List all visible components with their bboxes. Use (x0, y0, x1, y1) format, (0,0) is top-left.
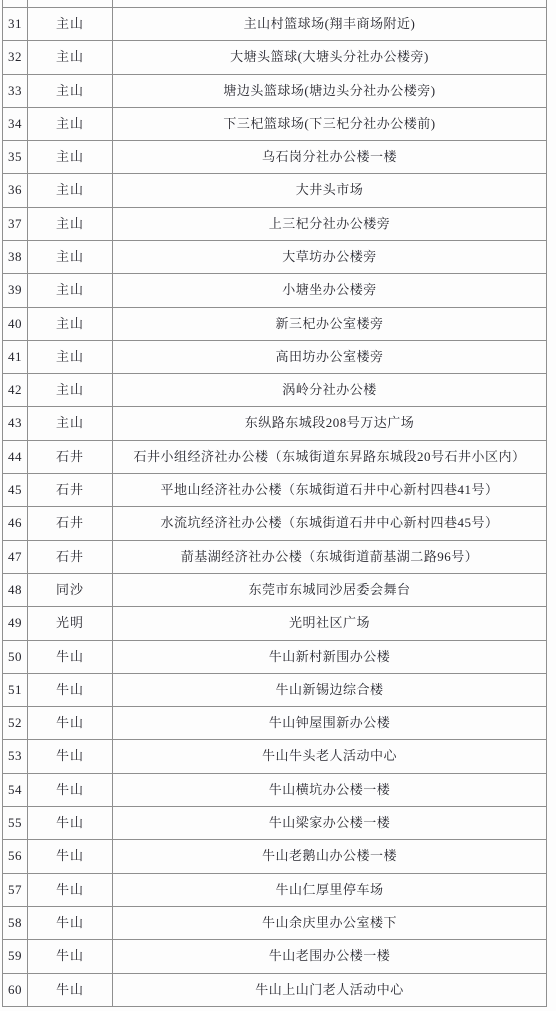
row-number-cell: 51 (3, 673, 28, 706)
row-number-cell: 46 (3, 507, 28, 540)
table-row: 45石井平地山经济社办公楼（东城街道石井中心新村四巷41号） (3, 474, 547, 507)
district-cell: 主山 (28, 141, 113, 174)
venue-table-body: 31主山主山村篮球场(翔丰商场附近)32主山大塘头篮球(大塘头分社办公楼旁)33… (3, 0, 547, 1006)
row-number-cell: 43 (3, 407, 28, 440)
row-number-cell: 56 (3, 840, 28, 873)
location-cell: 大草坊办公楼旁 (113, 240, 547, 273)
district-cell: 主山 (28, 107, 113, 140)
district-cell: 主山 (28, 74, 113, 107)
district-cell: 主山 (28, 407, 113, 440)
table-row: 52牛山牛山钟屋围新办公楼 (3, 707, 547, 740)
location-cell: 上三杞分社办公楼旁 (113, 207, 547, 240)
table-row: 43主山东纵路东城段208号万达广场 (3, 407, 547, 440)
location-cell: 塘边头篮球场(塘边头分社办公楼旁) (113, 74, 547, 107)
district-cell: 牛山 (28, 773, 113, 806)
row-number-cell: 33 (3, 74, 28, 107)
row-number-cell: 38 (3, 240, 28, 273)
row-number-cell: 41 (3, 340, 28, 373)
table-row: 50牛山牛山新村新围办公楼 (3, 640, 547, 673)
district-cell: 牛山 (28, 640, 113, 673)
row-number-cell: 39 (3, 274, 28, 307)
district-cell: 牛山 (28, 940, 113, 973)
row-number-cell: 52 (3, 707, 28, 740)
row-number-cell: 31 (3, 7, 28, 40)
table-row: 55牛山牛山梁家办公楼一楼 (3, 807, 547, 840)
district-cell: 主山 (28, 307, 113, 340)
table-row: 54牛山牛山横坑办公楼一楼 (3, 773, 547, 806)
location-cell: 光明社区广场 (113, 607, 547, 640)
row-number-cell: 45 (3, 474, 28, 507)
table-row: 32主山大塘头篮球(大塘头分社办公楼旁) (3, 41, 547, 74)
district-cell: 主山 (28, 174, 113, 207)
table-row: 38主山大草坊办公楼旁 (3, 240, 547, 273)
district-cell: 牛山 (28, 740, 113, 773)
district-cell: 主山 (28, 240, 113, 273)
location-cell: 高田坊办公室楼旁 (113, 340, 547, 373)
row-number-cell: 58 (3, 906, 28, 939)
table-row: 33主山塘边头篮球场(塘边头分社办公楼旁) (3, 74, 547, 107)
location-cell: 乌石岗分社办公楼一楼 (113, 141, 547, 174)
district-cell: 牛山 (28, 707, 113, 740)
table-row: 48同沙东莞市东城同沙居委会舞台 (3, 573, 547, 606)
row-number-cell: 53 (3, 740, 28, 773)
table-row: 51牛山牛山新锡边综合楼 (3, 673, 547, 706)
table-row: 60牛山牛山上山门老人活动中心 (3, 973, 547, 1006)
location-cell: 牛山梁家办公楼一楼 (113, 807, 547, 840)
location-cell: 大井头市场 (113, 174, 547, 207)
district-cell: 主山 (28, 207, 113, 240)
location-cell: 主山村篮球场(翔丰商场附近) (113, 7, 547, 40)
location-cell: 牛山余庆里办公室楼下 (113, 906, 547, 939)
table-row: 42主山涡岭分社办公楼 (3, 374, 547, 407)
row-number-cell: 60 (3, 973, 28, 1006)
table-row: 41主山高田坊办公室楼旁 (3, 340, 547, 373)
district-cell: 主山 (28, 7, 113, 40)
table-row: 34主山下三杞篮球场(下三杞分社办公楼前) (3, 107, 547, 140)
table-row: 40主山新三杞办公室楼旁 (3, 307, 547, 340)
row-number-cell: 35 (3, 141, 28, 174)
district-cell: 石井 (28, 474, 113, 507)
location-cell: 牛山老围办公楼一楼 (113, 940, 547, 973)
row-number-cell: 47 (3, 540, 28, 573)
row-number-cell: 50 (3, 640, 28, 673)
district-cell (28, 0, 113, 7)
district-cell: 主山 (28, 41, 113, 74)
table-row: 47石井葥基湖经济社办公楼（东城街道葥基湖二路96号） (3, 540, 547, 573)
row-number-cell: 42 (3, 374, 28, 407)
district-cell: 牛山 (28, 807, 113, 840)
district-cell: 牛山 (28, 673, 113, 706)
location-cell (113, 0, 547, 7)
table-row: 58牛山牛山余庆里办公室楼下 (3, 906, 547, 939)
venue-table: 31主山主山村篮球场(翔丰商场附近)32主山大塘头篮球(大塘头分社办公楼旁)33… (2, 0, 547, 1007)
table-row: 31主山主山村篮球场(翔丰商场附近) (3, 7, 547, 40)
location-cell: 下三杞篮球场(下三杞分社办公楼前) (113, 107, 547, 140)
table-row-cropped (3, 0, 547, 7)
row-number-cell: 37 (3, 207, 28, 240)
document-page: 31主山主山村篮球场(翔丰商场附近)32主山大塘头篮球(大塘头分社办公楼旁)33… (0, 0, 556, 1011)
row-number-cell: 40 (3, 307, 28, 340)
row-number-cell: 59 (3, 940, 28, 973)
table-row: 59牛山牛山老围办公楼一楼 (3, 940, 547, 973)
district-cell: 主山 (28, 374, 113, 407)
location-cell: 新三杞办公室楼旁 (113, 307, 547, 340)
location-cell: 东纵路东城段208号万达广场 (113, 407, 547, 440)
table-row: 39主山小塘坐办公楼旁 (3, 274, 547, 307)
table-row: 36主山大井头市场 (3, 174, 547, 207)
district-cell: 同沙 (28, 573, 113, 606)
location-cell: 牛山新村新围办公楼 (113, 640, 547, 673)
location-cell: 牛山仁厚里停车场 (113, 873, 547, 906)
location-cell: 牛山上山门老人活动中心 (113, 973, 547, 1006)
location-cell: 牛山横坑办公楼一楼 (113, 773, 547, 806)
location-cell: 牛山老鹅山办公楼一楼 (113, 840, 547, 873)
location-cell: 涡岭分社办公楼 (113, 374, 547, 407)
table-row: 37主山上三杞分社办公楼旁 (3, 207, 547, 240)
table-row: 49光明光明社区广场 (3, 607, 547, 640)
location-cell: 平地山经济社办公楼（东城街道石井中心新村四巷41号） (113, 474, 547, 507)
row-number-cell: 34 (3, 107, 28, 140)
location-cell: 小塘坐办公楼旁 (113, 274, 547, 307)
district-cell: 主山 (28, 340, 113, 373)
location-cell: 牛山钟屋围新办公楼 (113, 707, 547, 740)
location-cell: 水流坑经济社办公楼（东城街道石井中心新村四巷45号） (113, 507, 547, 540)
row-number-cell: 44 (3, 440, 28, 473)
district-cell: 牛山 (28, 840, 113, 873)
location-cell: 大塘头篮球(大塘头分社办公楼旁) (113, 41, 547, 74)
row-number-cell: 57 (3, 873, 28, 906)
location-cell: 东莞市东城同沙居委会舞台 (113, 573, 547, 606)
row-number-cell: 32 (3, 41, 28, 74)
row-number-cell: 49 (3, 607, 28, 640)
district-cell: 主山 (28, 274, 113, 307)
table-row: 56牛山牛山老鹅山办公楼一楼 (3, 840, 547, 873)
table-row: 44石井石井小组经济社办公楼（东城街道东昇路东城段20号石井小区内） (3, 440, 547, 473)
district-cell: 牛山 (28, 873, 113, 906)
row-number-cell: 36 (3, 174, 28, 207)
district-cell: 石井 (28, 507, 113, 540)
location-cell: 牛山新锡边综合楼 (113, 673, 547, 706)
district-cell: 牛山 (28, 973, 113, 1006)
row-number-cell: 54 (3, 773, 28, 806)
table-row: 53牛山牛山牛头老人活动中心 (3, 740, 547, 773)
district-cell: 光明 (28, 607, 113, 640)
row-number-cell: 55 (3, 807, 28, 840)
location-cell: 石井小组经济社办公楼（东城街道东昇路东城段20号石井小区内） (113, 440, 547, 473)
table-row: 35主山乌石岗分社办公楼一楼 (3, 141, 547, 174)
table-row: 57牛山牛山仁厚里停车场 (3, 873, 547, 906)
row-number-cell: 48 (3, 573, 28, 606)
table-row: 46石井水流坑经济社办公楼（东城街道石井中心新村四巷45号） (3, 507, 547, 540)
district-cell: 石井 (28, 540, 113, 573)
location-cell: 牛山牛头老人活动中心 (113, 740, 547, 773)
row-number-cell (3, 0, 28, 7)
district-cell: 牛山 (28, 906, 113, 939)
location-cell: 葥基湖经济社办公楼（东城街道葥基湖二路96号） (113, 540, 547, 573)
district-cell: 石井 (28, 440, 113, 473)
